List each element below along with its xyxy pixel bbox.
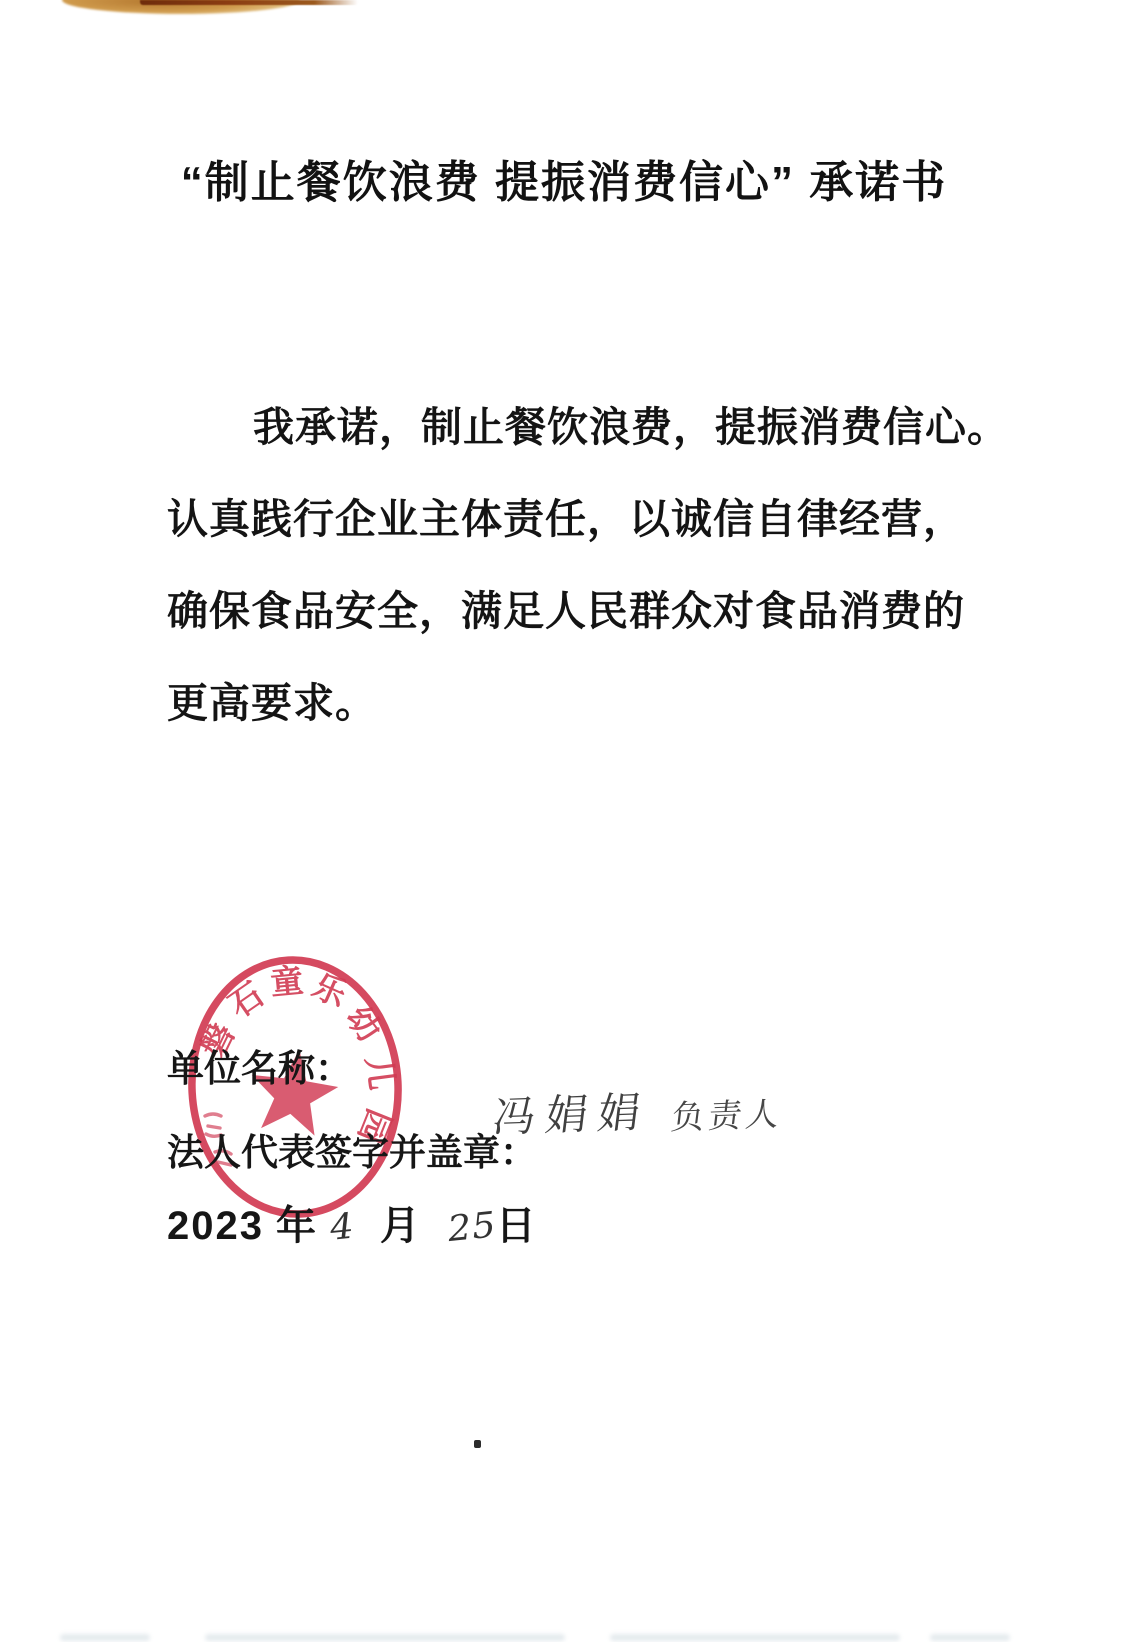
document-title: “制止餐饮浪费 提振消费信心” 承诺书 bbox=[0, 146, 1128, 210]
body-line-2: 认真践行企业主体责任，以诚信自律经营， bbox=[167, 473, 942, 565]
date-day-handwritten: 25 bbox=[445, 1205, 498, 1251]
body-line-3: 确保食品安全，满足人民群众对食品消费的 bbox=[167, 565, 942, 657]
date-day-unit: 日 bbox=[496, 1194, 538, 1251]
scanned-document-page: “制止餐饮浪费 提振消费信心” 承诺书 我承诺，制止餐饮浪费，提振消费信心。 认… bbox=[0, 0, 1128, 1642]
date-year-unit: 年 bbox=[276, 1194, 318, 1251]
handwritten-signature-role: 负责人 bbox=[669, 1088, 786, 1139]
seal-arc-char: 童 bbox=[269, 962, 305, 1002]
ink-speck bbox=[474, 1440, 481, 1448]
date-year: 2023 bbox=[167, 1204, 264, 1249]
unit-name-label: 单位名称： bbox=[167, 1038, 352, 1092]
body-line-4: 更高要求。 bbox=[167, 657, 942, 749]
seal-arc-char: 儿 bbox=[360, 1054, 401, 1092]
dark-edge-line bbox=[140, 0, 358, 5]
date-line: 2023年4月25日 bbox=[167, 1194, 538, 1251]
date-month-handwritten: 4 bbox=[328, 1206, 357, 1249]
body-line-1: 我承诺，制止餐饮浪费，提振消费信心。 bbox=[167, 381, 942, 473]
handwritten-signature-name: 冯娟娟 bbox=[490, 1079, 654, 1144]
bottom-edge-scan-smudge bbox=[0, 1628, 1128, 1642]
seal-arc-char: 乐 bbox=[307, 967, 353, 1015]
date-month-unit: 月 bbox=[380, 1194, 422, 1251]
top-edge-scan-artifact bbox=[62, 0, 312, 18]
legal-rep-label: 法人代表签字并盖章： bbox=[167, 1122, 537, 1176]
commitment-paragraph: 我承诺，制止餐饮浪费，提振消费信心。 认真践行企业主体责任，以诚信自律经营， 确… bbox=[167, 381, 942, 749]
